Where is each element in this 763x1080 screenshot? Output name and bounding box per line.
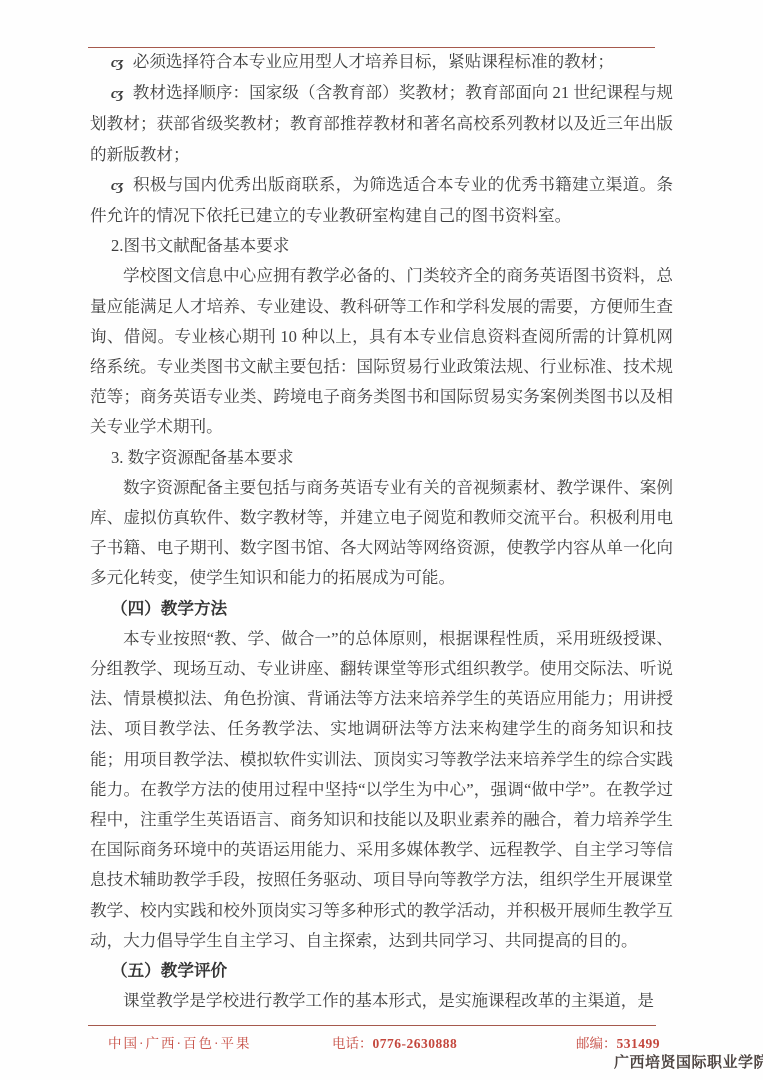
- footer-postal-number: 531499: [617, 1036, 661, 1051]
- section-heading-teaching-methods: （四）教学方法: [90, 594, 673, 624]
- section-heading-teaching-evaluation: （五）教学评价: [90, 956, 673, 986]
- list-bullet-icon: cʒ: [111, 86, 123, 102]
- footer-rule: [88, 1025, 656, 1026]
- college-name-watermark: 广西培贤国际职业学院: [614, 1051, 763, 1072]
- section-paragraph-teaching-evaluation: 课堂教学是学校进行教学工作的基本形式，是实施课程改革的主渠道，是: [90, 986, 673, 1016]
- document-page: cʒ必须选择符合本专业应用型人才培养目标，紧贴课程标准的教材； cʒ教材选择顺序…: [0, 0, 763, 1080]
- footer-phone-number: 0776-2630888: [373, 1036, 458, 1051]
- list-item-text: 教材选择顺序：国家级（含教育部）奖教材；教育部面向 21 世纪课程与规划教材；获…: [90, 83, 673, 163]
- list-item-text: 必须选择符合本专业应用型人才培养目标，紧贴课程标准的教材；: [133, 52, 614, 71]
- list-bullet-icon: cʒ: [111, 55, 123, 71]
- list-item: cʒ必须选择符合本专业应用型人才培养目标，紧贴课程标准的教材；: [90, 47, 673, 78]
- list-item: cʒ积极与国内优秀出版商联系，为筛选适合本专业的优秀书籍建立渠道。条件允许的情况…: [90, 170, 673, 231]
- footer-phone: 电话：0776-2630888: [332, 1032, 457, 1052]
- section-heading-digital-resources: 3. 数字资源配备基本要求: [90, 443, 673, 473]
- section-paragraph-books: 学校图文信息中心应拥有教学必备的、门类较齐全的商务英语图书资料，总量应能满足人才…: [90, 261, 673, 442]
- list-item: cʒ教材选择顺序：国家级（含教育部）奖教材；教育部面向 21 世纪课程与规划教材…: [90, 78, 673, 170]
- list-bullet-icon: cʒ: [111, 178, 123, 194]
- footer-postal-code: 邮编：531499: [576, 1032, 660, 1052]
- document-body: cʒ必须选择符合本专业应用型人才培养目标，紧贴课程标准的教材； cʒ教材选择顺序…: [90, 47, 673, 1017]
- list-item-text: 积极与国内优秀出版商联系，为筛选适合本专业的优秀书籍建立渠道。条件允许的情况下依…: [90, 175, 673, 225]
- section-paragraph-teaching-methods: 本专业按照“教、学、做合一”的总体原则，根据课程性质，采用班级授课、分组教学、现…: [90, 624, 673, 956]
- footer-phone-label: 电话：: [332, 1036, 373, 1051]
- footer-location: 中国·广西·百色·平果: [108, 1032, 252, 1052]
- footer-postal-label: 邮编：: [576, 1036, 617, 1051]
- section-heading-books: 2.图书文献配备基本要求: [90, 231, 673, 261]
- section-paragraph-digital-resources: 数字资源配备主要包括与商务英语专业有关的音视频素材、教学课件、案例库、虚拟仿真软…: [90, 473, 673, 594]
